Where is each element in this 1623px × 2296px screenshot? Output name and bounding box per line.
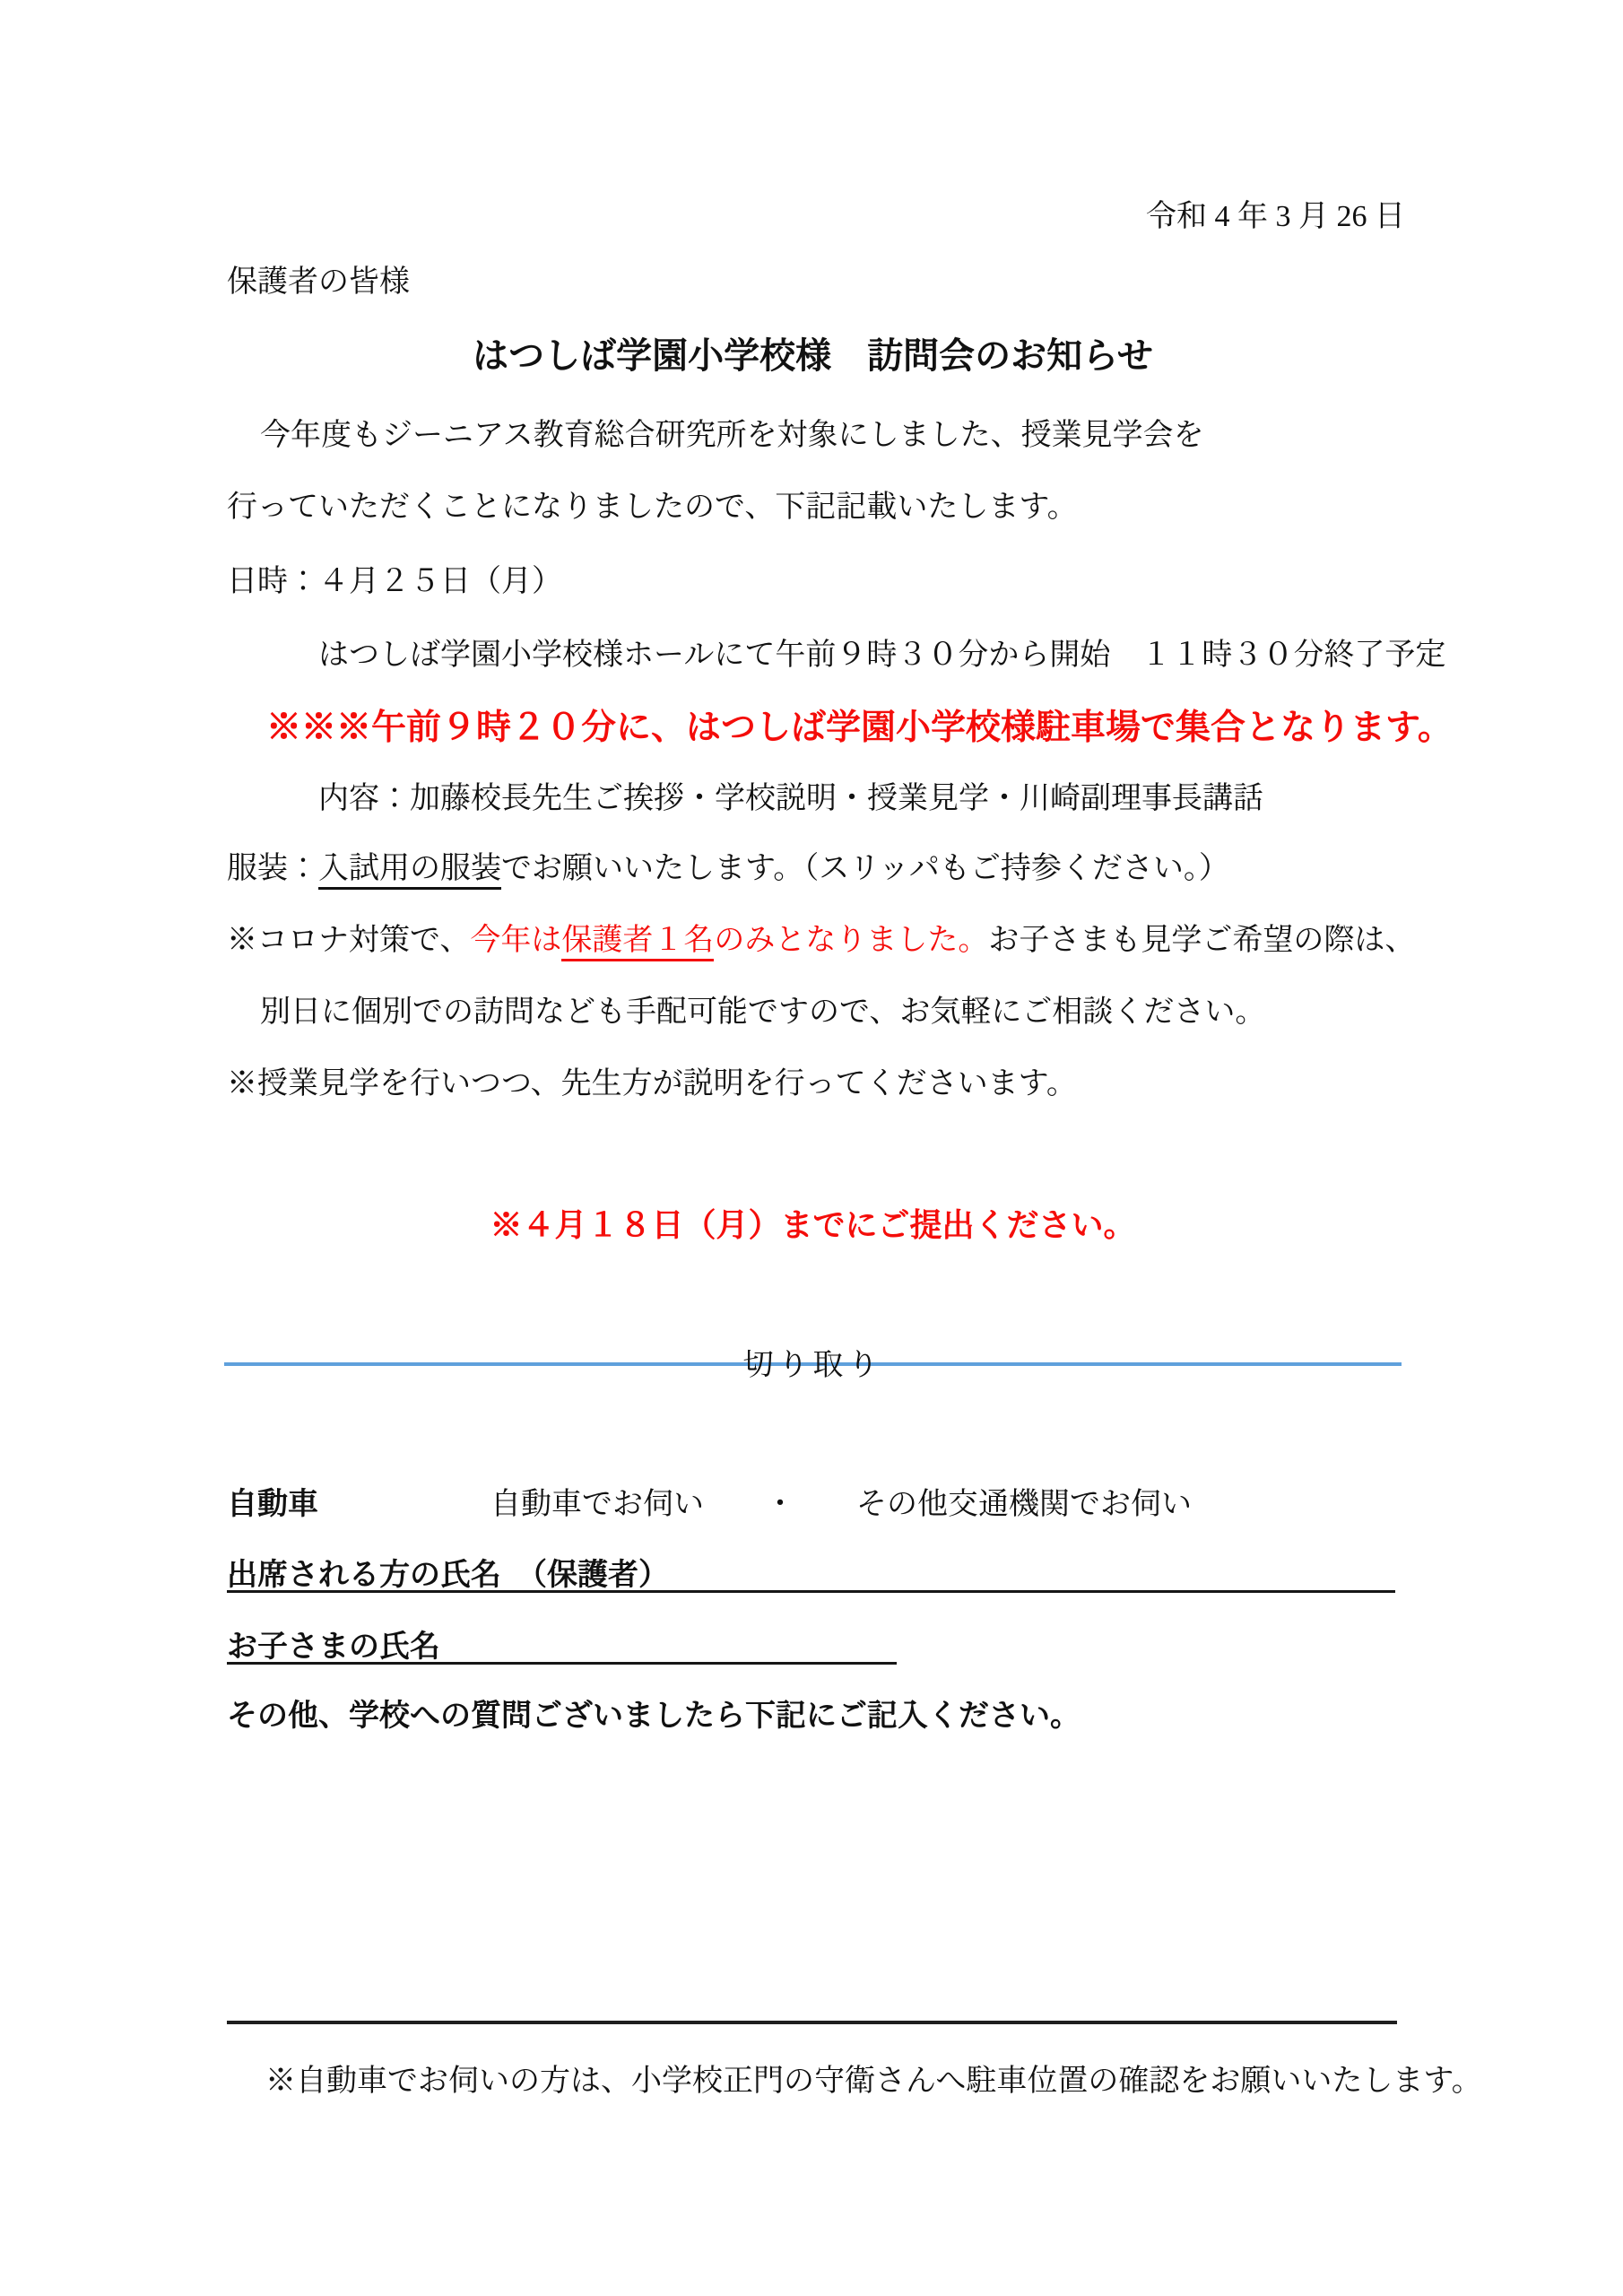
corona-red-underlined: 保護者１名 [561,924,714,961]
submission-deadline-notice: ※４月１８日（月）までにご提出ください。 [227,1206,1399,1244]
meeting-point-notice: ※※※午前９時２０分に、はつしば学園小学校様駐車場で集合となります。 [266,708,1453,749]
child-name-label: お子さまの氏名 [227,1630,440,1665]
corona-note-line: ※コロナ対策で、今年は保護者１名のみとなりました。お子さまも見学ご希望の際は、 [227,923,1415,959]
observation-note: ※授業見学を行いつつ、先生方が説明を行ってくださいます。 [227,1066,1077,1102]
contents-line: 内容：加藤校長先生ご挨拶・学校説明・授業見学・川崎副理事長講話 [318,781,1263,817]
document-title: はつしば学園小学校様 訪問会のお知らせ [227,335,1399,377]
corona-suffix: お子さまも見学ご希望の際は、 [988,924,1415,957]
corona-red-tail: のみとなりました。 [714,924,988,957]
attire-label: 服装： [227,852,318,885]
recipient-line: 保護者の皆様 [227,265,410,300]
cut-here-label: 切り取り [227,1348,1399,1384]
question-prompt: その他、学校への質問ございましたら下記にご記入ください。 [227,1699,1081,1735]
parking-footer-note: ※自動車でお伺いの方は、小学校正門の守衛さんへ駐車位置の確認をお願いいたします。 [265,2064,1482,2100]
transport-label: 自動車 [227,1488,318,1521]
corona-prefix: ※コロナ対策で、 [227,924,470,957]
transport-options: 自動車でお伺い ・ その他交通機関でお伺い [490,1487,1192,1523]
datetime-line: 日時：４月２５日（月） [227,564,562,600]
notice-document-page: 令和 4 年 3 月 26 日 保護者の皆様 はつしば学園小学校様 訪問会のお知… [0,0,1623,2296]
attendee-name-row: 出席される方の氏名 （保護者） [227,1558,669,1594]
document-date: 令和 4 年 3 月 26 日 [1146,199,1405,235]
attire-line: 服装：入試用の服装でお願いいたします。（スリッパもご持参ください。） [227,851,1229,887]
attendee-name-label: 出席される方の氏名 [227,1559,501,1592]
attendee-name-note: （保護者） [532,1559,669,1592]
attendee-name-fill-line [227,1590,1395,1593]
corona-red-lead: 今年は [470,924,561,957]
transport-row: 自動車 [227,1487,318,1523]
venue-line: はつしば学園小学校様ホールにて午前９時３０分から開始 １１時３０分終了予定 [318,638,1445,674]
attire-rest: でお願いいたします。（スリッパもご持参ください。） [501,852,1229,885]
intro-line-1: 今年度もジーニアス教育総合研究所を対象にしました、授業見学会を [260,418,1204,454]
corona-note-line-2: 別日に個別での訪問なども手配可能ですので、お気軽にご相談ください。 [260,995,1265,1031]
bottom-separator-rule [227,2021,1397,2024]
intro-line-2: 行っていただくことになりましたので、下記記載いたします。 [227,490,1078,526]
attire-underlined-text: 入試用の服装 [318,852,501,890]
child-name-fill-line [227,1662,897,1665]
